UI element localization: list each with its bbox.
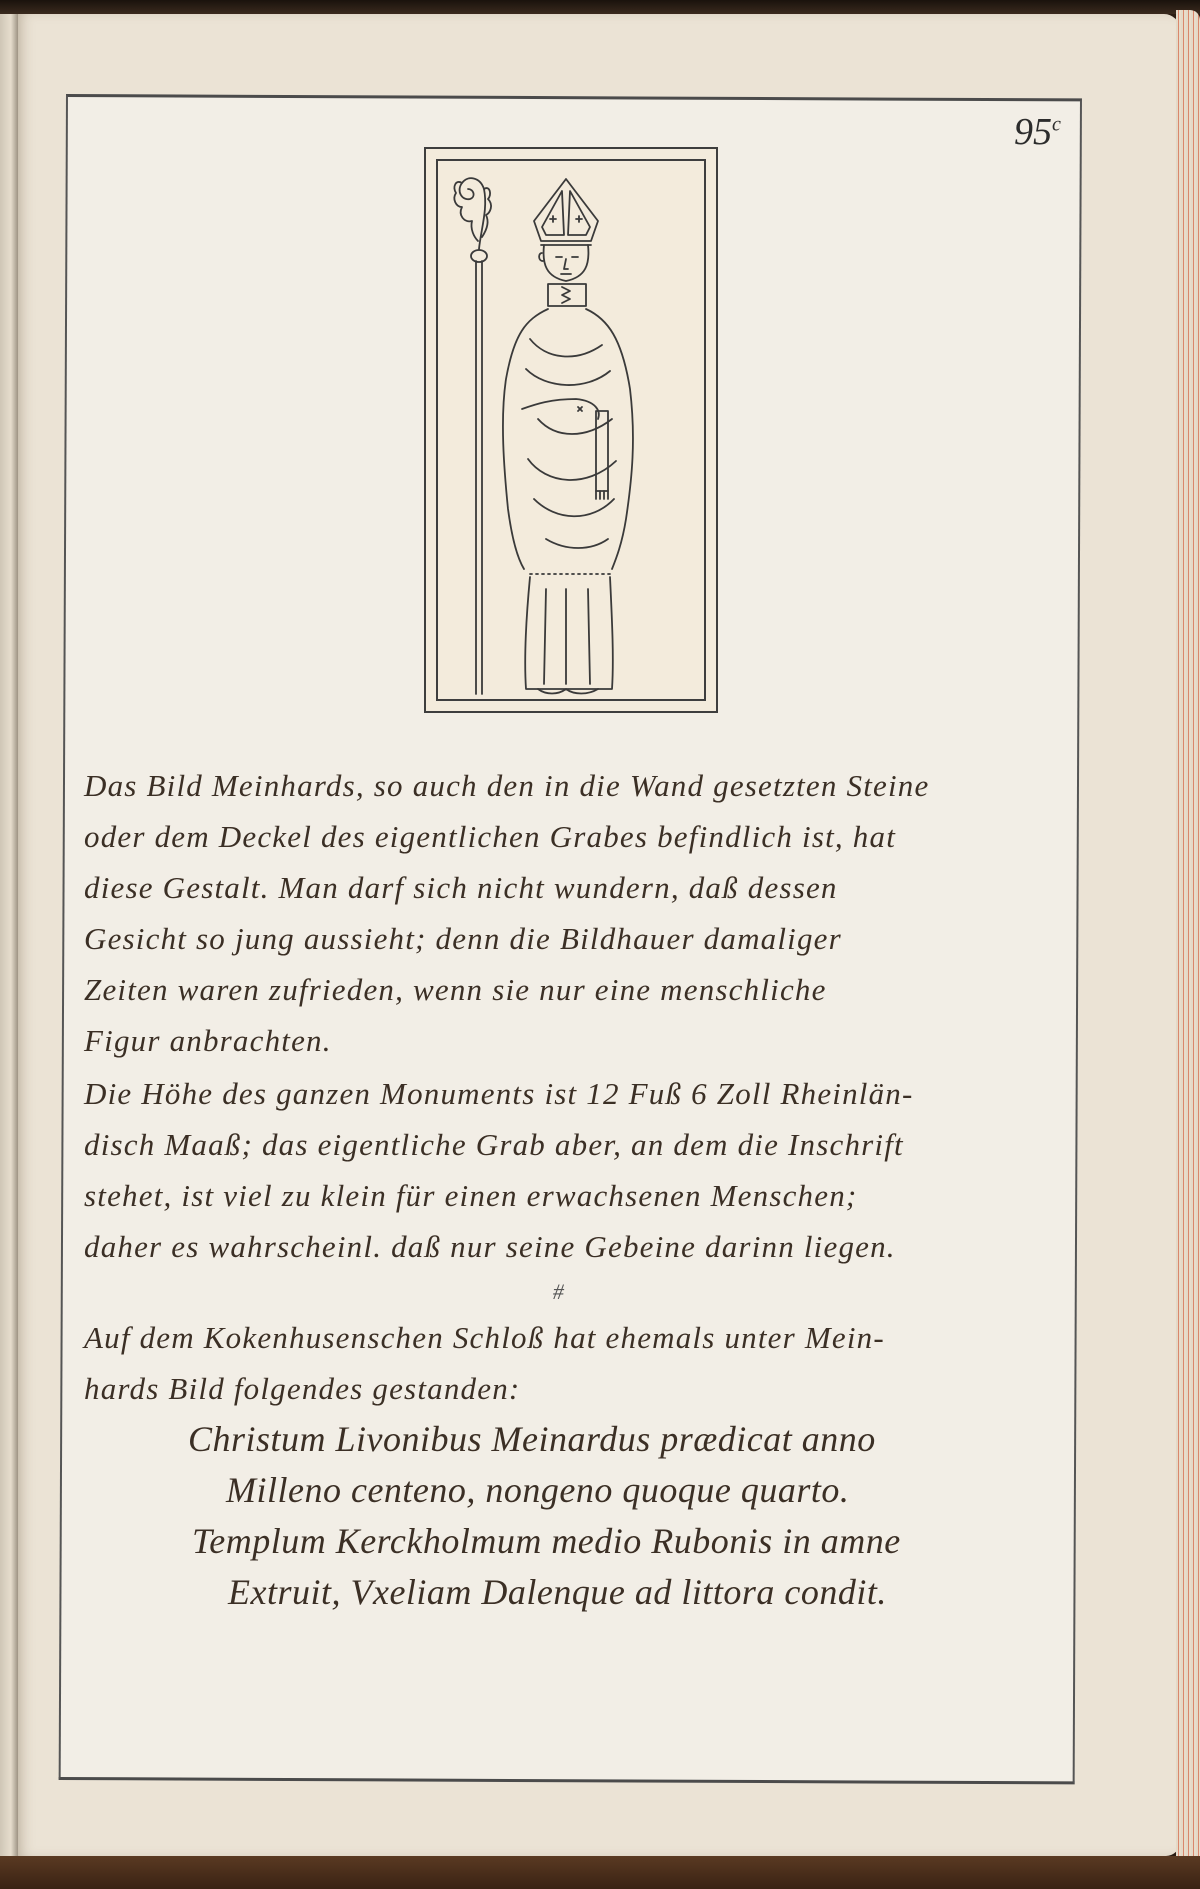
paragraph-meinhard-image: Das Bild Meinhards, so auch den in die W…	[84, 760, 1064, 1066]
text-line: disch Maaß; das eigentliche Grab aber, a…	[84, 1119, 1064, 1170]
verse-line: Milleno centeno, nongeno quoque quarto.	[226, 1465, 1064, 1516]
verse-line: Templum Kerckholmum medio Rubonis in amn…	[192, 1516, 1064, 1567]
verse-line: Extruit, Vxeliam Dalenque ad littora con…	[228, 1567, 1064, 1618]
bishop-figure-icon	[426, 149, 716, 711]
text-line: stehet, ist viel zu klein für einen erwa…	[84, 1170, 1064, 1221]
page-number: 95c	[1014, 110, 1061, 154]
book-binding-bottom	[0, 1856, 1200, 1889]
manuscript-text: Das Bild Meinhards, so auch den in die W…	[84, 760, 1064, 1618]
text-line: diese Gestalt. Man darf sich nicht wunde…	[84, 862, 1064, 913]
page-edges-red-stained	[1176, 10, 1200, 1856]
page-number-value: 95	[1014, 111, 1052, 153]
paragraph-kokenhusen-castle: Auf dem Kokenhusenschen Schloß hat ehema…	[84, 1312, 1064, 1414]
text-line: Auf dem Kokenhusenschen Schloß hat ehema…	[84, 1312, 1064, 1363]
vestment-icon	[503, 309, 633, 694]
crosier-icon	[454, 178, 491, 694]
bishop-effigy-illustration	[424, 147, 718, 713]
latin-inscription-verse: Christum Livonibus Meinardus prædicat an…	[84, 1414, 1064, 1618]
book-gutter	[0, 14, 18, 1856]
book-binding-top	[0, 0, 1200, 14]
text-line: Gesicht so jung aussieht; denn die Bildh…	[84, 913, 1064, 964]
section-separator-mark: #	[54, 1272, 1064, 1312]
text-line: daher es wahrscheinl. daß nur seine Gebe…	[84, 1221, 1064, 1272]
text-line: oder dem Deckel des eigentlichen Grabes …	[84, 811, 1064, 862]
text-line: hards Bild folgendes gestanden:	[84, 1363, 1064, 1414]
mitre-icon	[534, 179, 598, 245]
paragraph-monument-height: Die Höhe des ganzen Monuments ist 12 Fuß…	[84, 1068, 1064, 1272]
verse-line: Christum Livonibus Meinardus prædicat an…	[188, 1414, 1064, 1465]
text-line: Figur anbrachten.	[84, 1015, 1064, 1066]
text-line: Die Höhe des ganzen Monuments ist 12 Fuß…	[84, 1068, 1064, 1119]
collar-icon	[548, 284, 586, 306]
page-number-suffix: c	[1052, 113, 1061, 135]
text-line: Das Bild Meinhards, so auch den in die W…	[84, 760, 1064, 811]
text-line: Zeiten waren zufrieden, wenn sie nur ein…	[84, 964, 1064, 1015]
face-icon	[539, 245, 588, 281]
